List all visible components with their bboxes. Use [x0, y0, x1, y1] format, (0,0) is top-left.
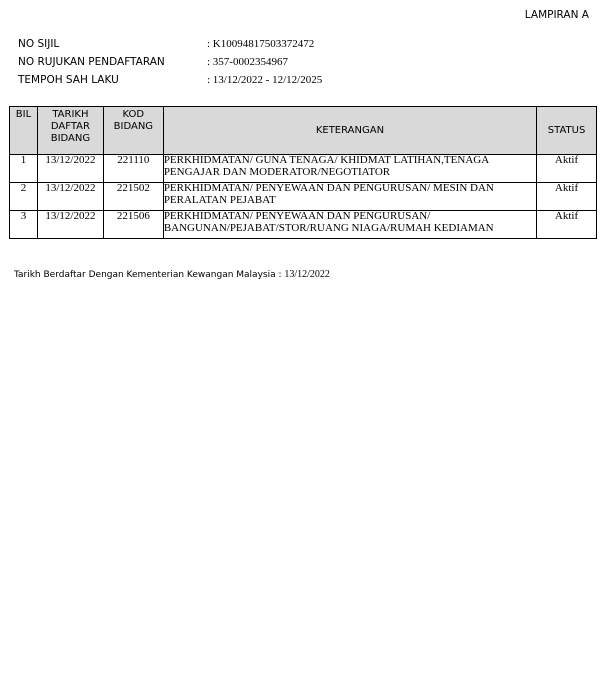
cell-tarikh: 13/12/2022: [37, 211, 103, 239]
cell-bil: 2: [10, 183, 38, 211]
meta-value: : K10094817503372472: [207, 38, 314, 50]
cell-status: Aktif: [537, 211, 597, 239]
meta-value: : 13/12/2022 - 12/12/2025: [207, 74, 322, 86]
meta-label: NO SIJIL: [18, 38, 59, 50]
table-row: 1 13/12/2022 221110 PERKHIDMATAN/ GUNA T…: [10, 155, 597, 183]
cell-tarikh: 13/12/2022: [37, 155, 103, 183]
cell-bil: 3: [10, 211, 38, 239]
cell-keterangan: PERKHIDMATAN/ GUNA TENAGA/ KHIDMAT LATIH…: [163, 155, 536, 183]
cell-tarikh: 13/12/2022: [37, 183, 103, 211]
cell-bil: 1: [10, 155, 38, 183]
table-row: 2 13/12/2022 221502 PERKHIDMATAN/ PENYEW…: [10, 183, 597, 211]
cell-status: Aktif: [537, 183, 597, 211]
header-bil: BIL: [10, 107, 38, 155]
meta-label: TEMPOH SAH LAKU: [18, 74, 119, 86]
registration-date-note: Tarikh Berdaftar Dengan Kementerian Kewa…: [14, 269, 330, 280]
cell-keterangan: PERKHIDMATAN/ PENYEWAAN DAN PENGURUSAN/ …: [163, 211, 536, 239]
bidang-table: BIL TARIKH DAFTAR BIDANG KOD BIDANG KETE…: [9, 106, 597, 239]
header-keterangan: KETERANGAN: [163, 107, 536, 155]
meta-value: : 357-0002354967: [207, 56, 288, 68]
table-row: 3 13/12/2022 221506 PERKHIDMATAN/ PENYEW…: [10, 211, 597, 239]
header-status: STATUS: [537, 107, 597, 155]
cell-kod: 221110: [103, 155, 163, 183]
cell-kod: 221502: [103, 183, 163, 211]
cell-keterangan: PERKHIDMATAN/ PENYEWAAN DAN PENGURUSAN/ …: [163, 183, 536, 211]
header-kod-bidang: KOD BIDANG: [103, 107, 163, 155]
header-tarikh-daftar-bidang: TARIKH DAFTAR BIDANG: [37, 107, 103, 155]
cell-status: Aktif: [537, 155, 597, 183]
table-header-row: BIL TARIKH DAFTAR BIDANG KOD BIDANG KETE…: [10, 107, 597, 155]
registration-date-label: Tarikh Berdaftar Dengan Kementerian Kewa…: [14, 270, 284, 280]
cell-kod: 221506: [103, 211, 163, 239]
appendix-label: LAMPIRAN A: [525, 9, 589, 21]
meta-label: NO RUJUKAN PENDAFTARAN: [18, 56, 165, 68]
registration-date-value: 13/12/2022: [284, 269, 330, 280]
